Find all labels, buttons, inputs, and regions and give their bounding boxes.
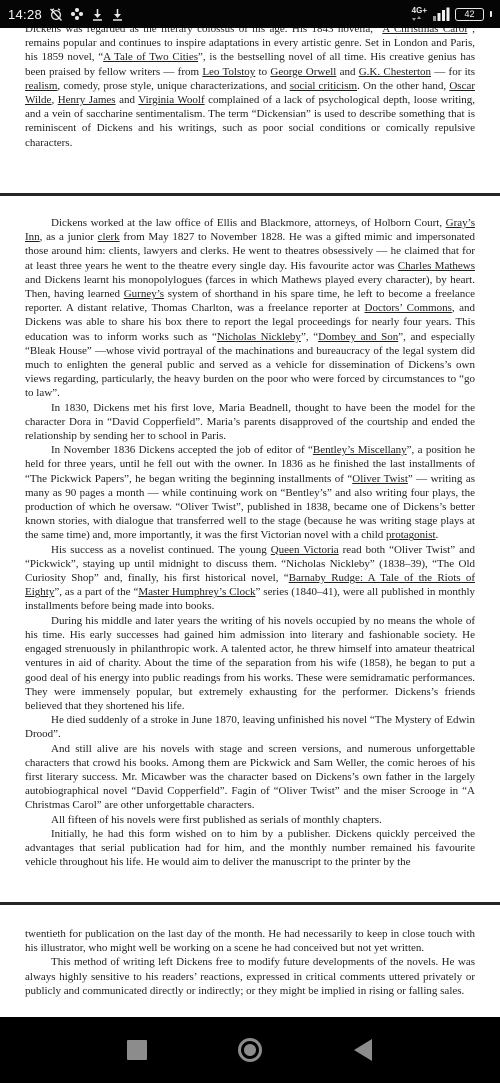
text-run: Dickens worked at the law office of Elli… xyxy=(51,217,446,229)
home-circle-icon xyxy=(238,1038,262,1062)
doc-link[interactable]: Doctors’ Commons xyxy=(365,302,452,314)
text-run: This method of writing left Dickens free… xyxy=(25,956,475,996)
clock-text: 14:28 xyxy=(8,7,42,22)
doc-link[interactable]: Henry James xyxy=(58,94,116,106)
status-bar-left: 14:28 xyxy=(8,7,124,22)
doc-link[interactable]: realism xyxy=(25,80,57,92)
text-run: to xyxy=(255,66,270,78)
paragraph: twentieth for publication on the last da… xyxy=(25,927,475,955)
text-run: His success as a novelist continued. The… xyxy=(51,544,271,556)
text-run: , as a junior xyxy=(40,231,98,243)
doc-link[interactable]: Virginia Woolf xyxy=(138,94,204,106)
status-bar: 14:28 xyxy=(0,0,500,28)
doc-link[interactable]: Charles Mathews xyxy=(398,260,475,272)
doc-link[interactable]: George Orwell xyxy=(270,66,336,78)
text-run: , comedy, prose style, unique characteri… xyxy=(57,80,289,92)
text-run: Dickens was regarded as the literary col… xyxy=(25,28,382,35)
download-icon xyxy=(111,8,124,21)
text-run: Initially, he had this form wished on to… xyxy=(25,828,475,868)
back-button[interactable] xyxy=(333,1017,393,1083)
text-run: twentieth for publication on the last da… xyxy=(25,928,475,954)
text-run: In November 1836 Dickens accepted the jo… xyxy=(51,444,313,456)
doc-link[interactable]: Nicholas Nickleby xyxy=(217,331,301,343)
text-run: ”, “ xyxy=(301,331,318,343)
doc-link[interactable]: protagonist xyxy=(386,529,436,541)
recents-button[interactable] xyxy=(107,1017,167,1083)
doc-link[interactable]: Master Humphrey’s Clock xyxy=(138,586,255,598)
doc-link[interactable]: social criticism xyxy=(290,80,357,92)
paragraph: During his middle and later years the wr… xyxy=(25,614,475,713)
text-run: And still alive are his novels with stag… xyxy=(25,743,475,812)
alarm-muted-icon xyxy=(49,7,63,21)
battery-percent-text: 42 xyxy=(464,9,474,19)
doc-link[interactable]: A Christmas Carol xyxy=(382,28,467,35)
paragraph: Initially, he had this form wished on to… xyxy=(25,827,475,870)
paragraph: In 1830, Dickens met his first love, Mar… xyxy=(25,401,475,444)
paragraph: In November 1836 Dickens accepted the jo… xyxy=(25,443,475,542)
doc-link[interactable]: A Tale of Two Cities xyxy=(103,51,198,63)
text-run: — for its xyxy=(431,66,475,78)
doc-link[interactable]: Oliver Twist xyxy=(352,473,408,485)
doc-link[interactable]: clerk xyxy=(98,231,120,243)
data-activity-icon xyxy=(412,15,421,22)
text-run: He died suddenly of a stroke in June 187… xyxy=(25,714,475,740)
doc-link[interactable]: Gurney’s xyxy=(124,288,164,300)
signal-bars-icon xyxy=(432,7,450,21)
download-icon xyxy=(91,8,104,21)
network-type-label: 4G+ xyxy=(412,7,427,15)
apps-dots-icon xyxy=(70,7,84,21)
android-nav-bar xyxy=(0,1017,500,1083)
document-viewer[interactable]: Dickens was regarded as the literary col… xyxy=(0,28,500,1017)
battery-icon: 42 xyxy=(455,8,484,21)
document-page-3: twentieth for publication on the last da… xyxy=(0,905,500,1017)
paragraph: This method of writing left Dickens free… xyxy=(25,955,475,998)
page-1-text: Dickens was regarded as the literary col… xyxy=(25,28,475,150)
text-run: ”, as a part of the “ xyxy=(54,586,138,598)
text-run: During his middle and later years the wr… xyxy=(25,615,475,712)
status-bar-right: 4G+ 42 xyxy=(412,7,492,22)
back-triangle-icon xyxy=(354,1039,372,1061)
recents-square-icon xyxy=(127,1040,147,1060)
doc-link[interactable]: Queen Victoria xyxy=(271,544,339,556)
paragraph: His success as a novelist continued. The… xyxy=(25,543,475,614)
document-page-2: Dickens worked at the law office of Elli… xyxy=(0,196,500,902)
paragraph: Dickens worked at the law office of Elli… xyxy=(25,216,475,401)
doc-link[interactable]: G.K. Chesterton xyxy=(359,66,431,78)
doc-link[interactable]: Dombey and Son xyxy=(318,331,398,343)
text-run: All fifteen of his novels were first pub… xyxy=(51,814,382,826)
doc-link[interactable]: Bentley’s Miscellany xyxy=(313,444,407,456)
battery-nub xyxy=(490,11,492,17)
paragraph: Dickens was regarded as the literary col… xyxy=(25,28,475,150)
home-button[interactable] xyxy=(220,1017,280,1083)
document-page-1: Dickens was regarded as the literary col… xyxy=(0,28,500,193)
text-run: . On the other hand, xyxy=(357,80,449,92)
text-run: and xyxy=(116,94,139,106)
paragraph: He died suddenly of a stroke in June 187… xyxy=(25,713,475,741)
text-run: In 1830, Dickens met his first love, Mar… xyxy=(25,402,475,442)
text-run: and xyxy=(336,66,358,78)
network-type-indicator: 4G+ xyxy=(412,7,427,22)
paragraph: And still alive are his novels with stag… xyxy=(25,742,475,813)
paragraph: All fifteen of his novels were first pub… xyxy=(25,813,475,827)
text-run: . xyxy=(436,529,439,541)
doc-link[interactable]: Leo Tolstoy xyxy=(202,66,255,78)
